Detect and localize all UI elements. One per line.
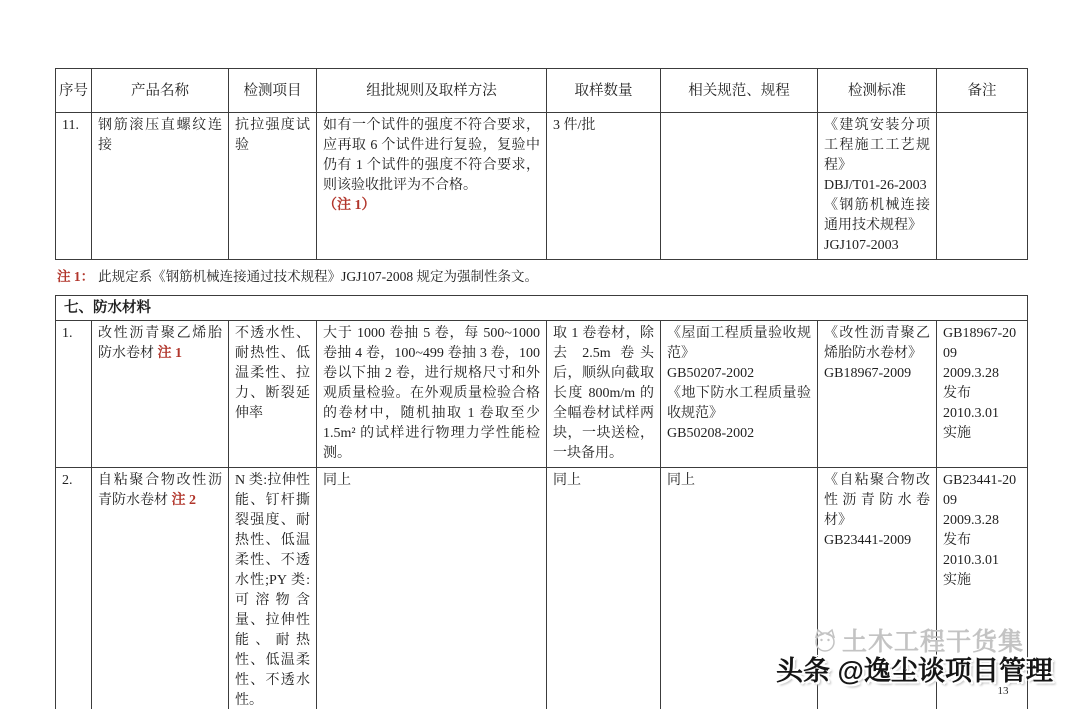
cell-related-specs: 《屋面工程质量验收规范》 GB50207-2002 《地下防水工程质量验收规范》… <box>661 321 818 468</box>
header-related-specs: 相关规范、规程 <box>661 69 818 113</box>
product-note-ref: 注 1 <box>158 346 183 361</box>
section-title: 七、防水材料 <box>56 296 1028 321</box>
table-header-row: 序号 产品名称 检测项目 组批规则及取样方法 取样数量 相关规范、规程 检测标准… <box>56 69 1028 113</box>
header-no: 序号 <box>56 69 92 113</box>
header-sample-quantity: 取样数量 <box>547 69 661 113</box>
cell-product-name: 改性沥青聚乙烯胎防水卷材 注 1 <box>92 321 229 468</box>
page-content: 序号 产品名称 检测项目 组批规则及取样方法 取样数量 相关规范、规程 检测标准… <box>55 68 1027 709</box>
document-page: 序号 产品名称 检测项目 组批规则及取样方法 取样数量 相关规范、规程 检测标准… <box>0 0 1080 709</box>
table-row: 11. 钢筋滚压直螺纹连接 抗拉强度试验 如有一个试件的强度不符合要求，应再取 … <box>56 113 1028 260</box>
product-name-text: 钢筋滚压直螺纹连接 <box>98 118 222 153</box>
footnote-label: 注 1： <box>57 269 94 284</box>
batch-rule-note-ref: （注 1） <box>323 196 540 216</box>
header-test-standard: 检测标准 <box>818 69 937 113</box>
cell-batch-rule: 如有一个试件的强度不符合要求，应再取 6 个试件进行复验，复验中仍有 1 个试件… <box>317 113 547 260</box>
watermark-headline: 头条 @逸尘谈项目管理 <box>776 649 1053 688</box>
product-name-text: 自粘聚合物改性沥青防水卷材 <box>98 473 222 508</box>
cell-sample-quantity: 同上 <box>547 468 661 709</box>
cell-sample-quantity: 取 1 卷卷材，除去 2.5m 卷头后，顺纵向截取长度 800m/m 的全幅卷材… <box>547 321 661 468</box>
cell-test-items: 抗拉强度试验 <box>229 113 317 260</box>
cell-test-standard: 《改性沥青聚乙烯胎防水卷材》 GB18967-2009 <box>818 321 937 468</box>
cell-test-items: N 类:拉伸性能、钉杆撕裂强度、耐热性、低温柔性、不透水性;PY 类:可溶物含量… <box>229 468 317 709</box>
cell-sample-quantity: 3 件/批 <box>547 113 661 260</box>
cell-test-items: 不透水性、耐热性、低温柔性、拉力、断裂延伸率 <box>229 321 317 468</box>
header-batch-rule: 组批规则及取样方法 <box>317 69 547 113</box>
cell-no: 11. <box>56 113 92 260</box>
header-product-name: 产品名称 <box>92 69 229 113</box>
cell-remarks: GB18967-2009 2009.3.28 发布 2010.3.01 实施 <box>937 321 1028 468</box>
page-number: 13 <box>983 685 1023 697</box>
cell-test-standard: 《建筑安装分项工程施工工艺规程》 DBJ/T01-26-2003 《钢筋机械连接… <box>818 113 937 260</box>
batch-rule-text: 如有一个试件的强度不符合要求，应再取 6 个试件进行复验，复验中仍有 1 个试件… <box>323 118 540 193</box>
product-note-ref: 注 2 <box>172 493 197 508</box>
cell-product-name: 钢筋滚压直螺纹连接 <box>92 113 229 260</box>
cell-product-name: 自粘聚合物改性沥青防水卷材 注 2 <box>92 468 229 709</box>
table-row: 1. 改性沥青聚乙烯胎防水卷材 注 1 不透水性、耐热性、低温柔性、拉力、断裂延… <box>56 321 1028 468</box>
header-test-items: 检测项目 <box>229 69 317 113</box>
cell-related-specs <box>661 113 818 260</box>
cell-batch-rule: 大于 1000 卷抽 5 卷，每 500~1000 卷抽 4 卷，100~499… <box>317 321 547 468</box>
cell-no: 2. <box>56 468 92 709</box>
cell-remarks <box>937 113 1028 260</box>
footnote-line: 注 1：此规定系《钢筋机械连接通过技术规程》JGJ107-2008 规定为强制性… <box>57 268 1027 286</box>
cell-no: 1. <box>56 321 92 468</box>
cell-batch-rule: 同上 <box>317 468 547 709</box>
footnote-text: 此规定系《钢筋机械连接通过技术规程》JGJ107-2008 规定为强制性条文。 <box>98 269 538 284</box>
header-remarks: 备注 <box>937 69 1028 113</box>
section-header-row: 七、防水材料 <box>56 296 1028 321</box>
rebar-connection-table: 序号 产品名称 检测项目 组批规则及取样方法 取样数量 相关规范、规程 检测标准… <box>55 68 1028 260</box>
